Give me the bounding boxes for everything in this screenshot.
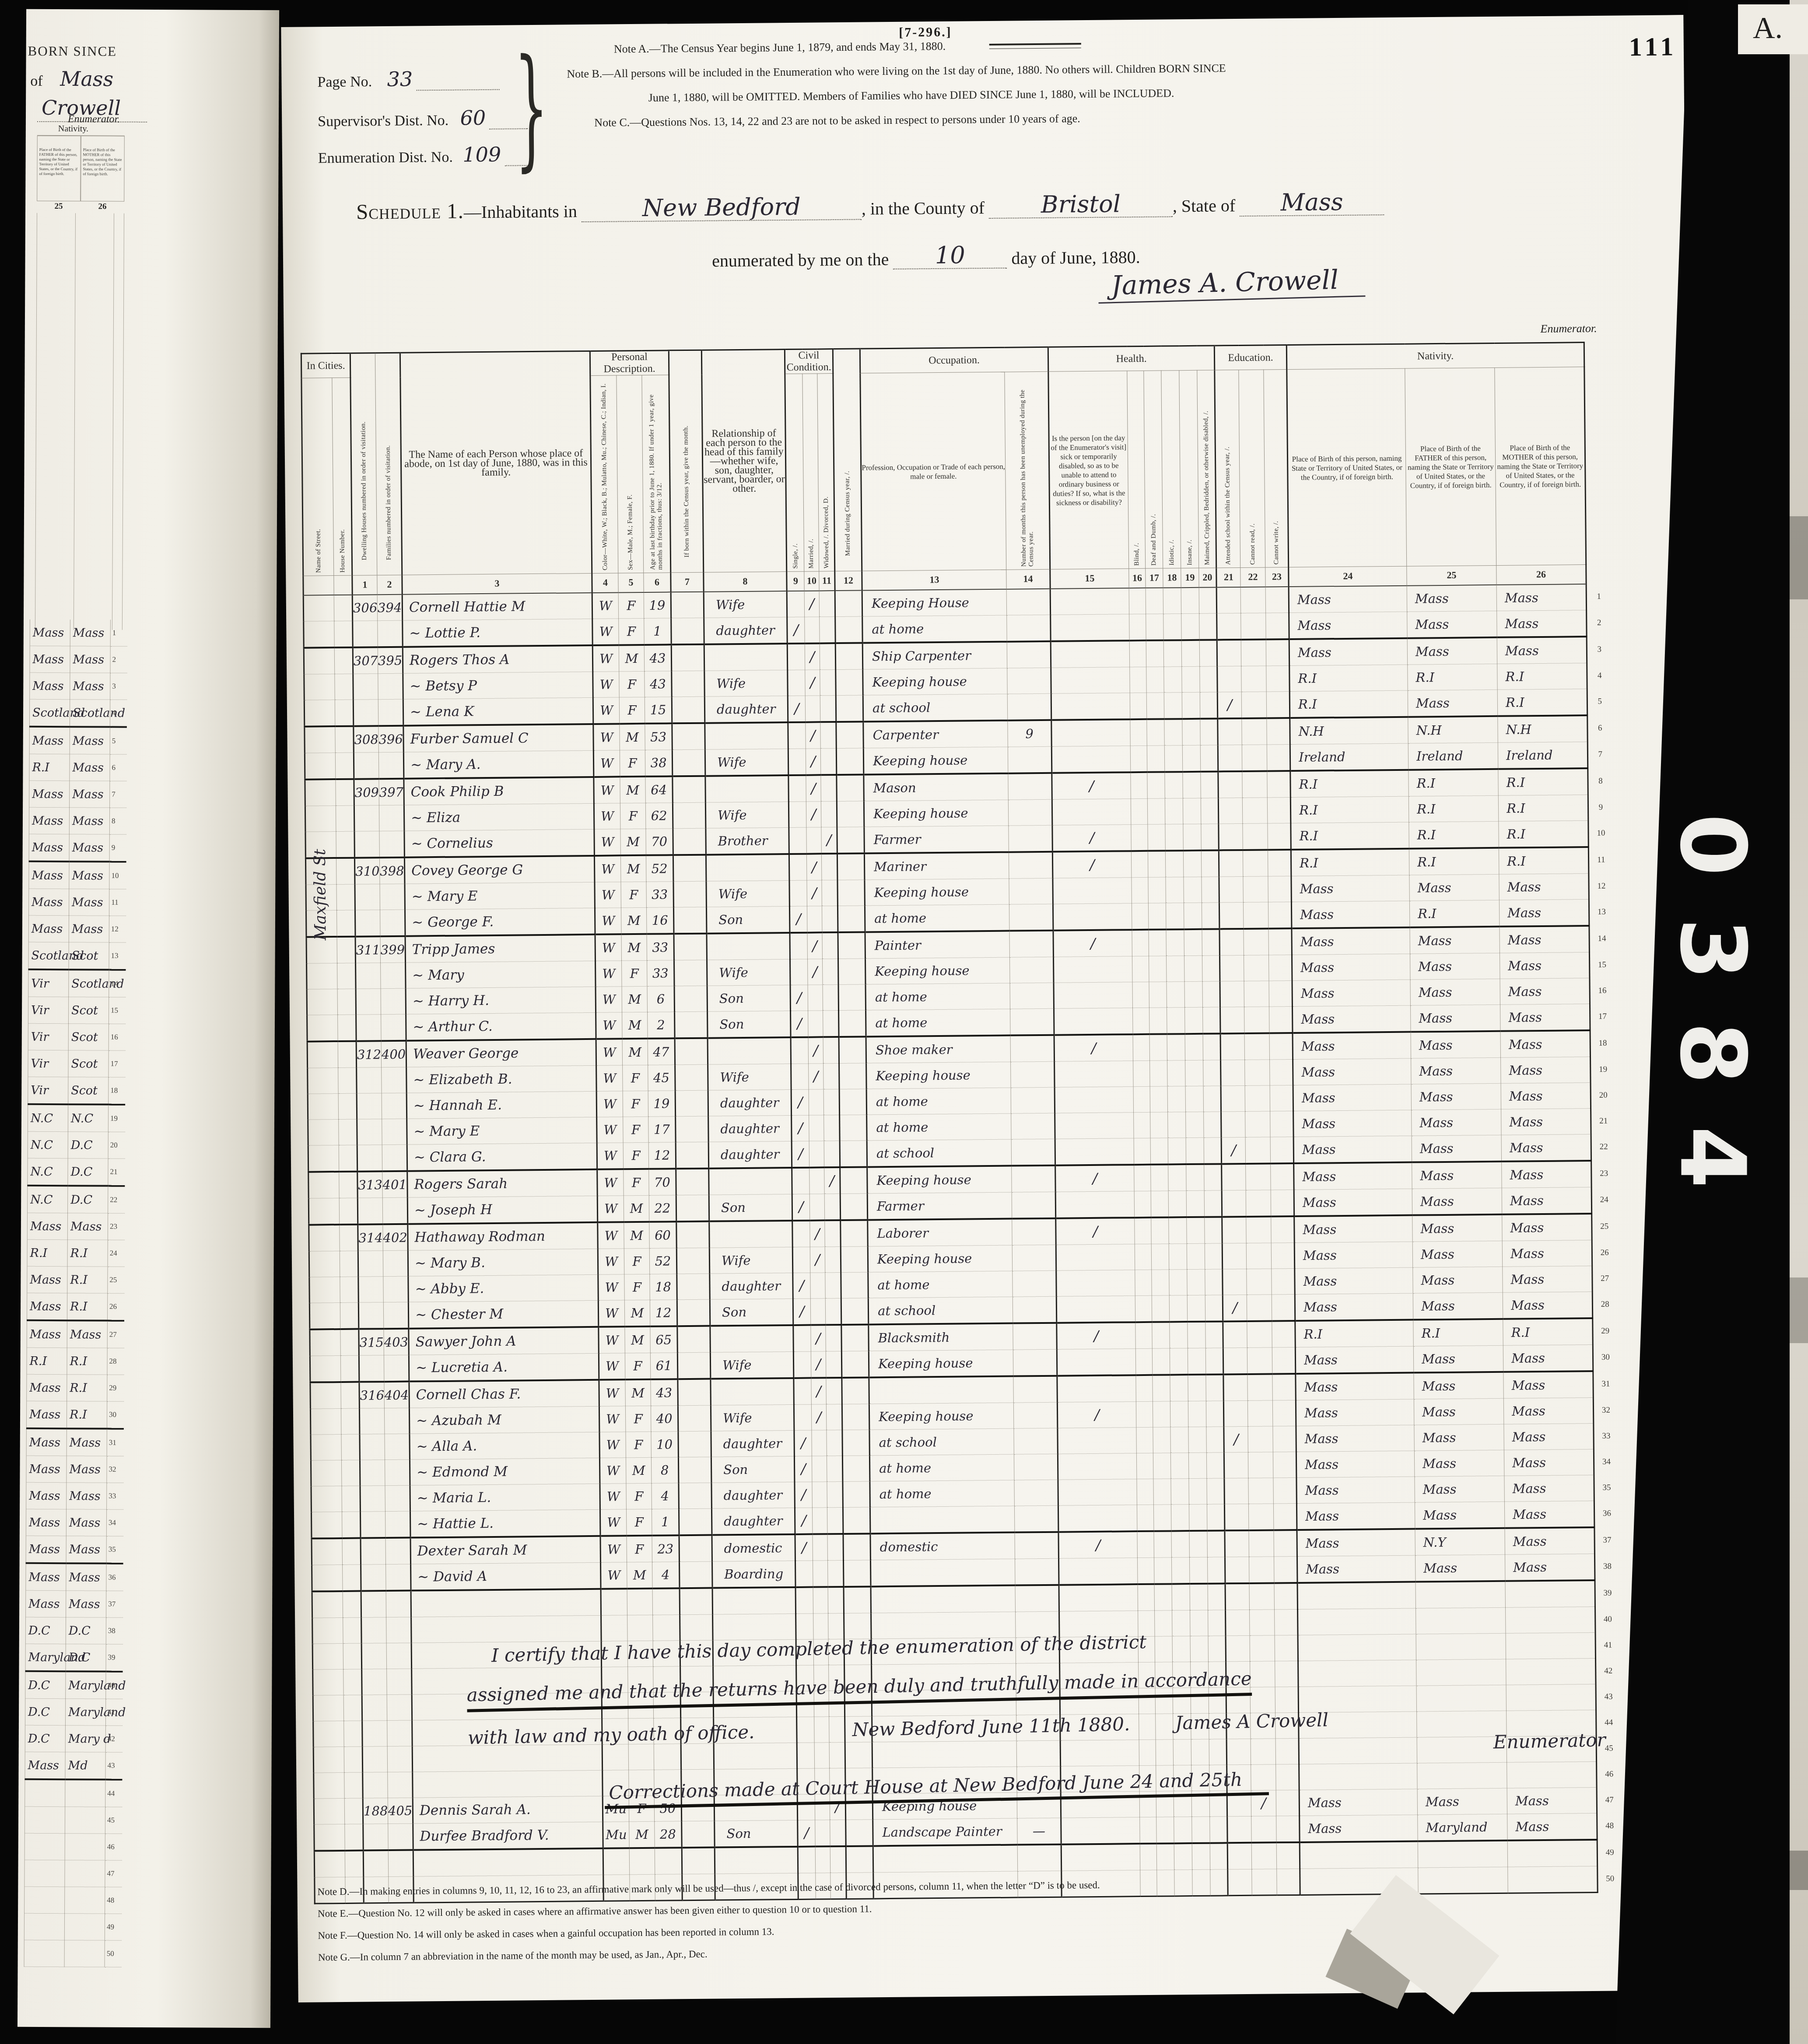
house-number-cell (344, 1798, 363, 1824)
idiotic-mark (1167, 981, 1185, 1007)
married-mark: / (811, 1378, 827, 1404)
relationship-value: daughter (704, 696, 788, 723)
attended-school-mark (1223, 1347, 1247, 1374)
blind-mark (1136, 1401, 1153, 1427)
left-page-row: Mass Mass 10 (29, 861, 126, 889)
street-cell (311, 1434, 342, 1460)
page-edge-strip (1790, 0, 1808, 2044)
left-page-row: Mass Mass 5 (29, 727, 126, 754)
blind-mark (1137, 1531, 1154, 1557)
idiotic-mark (1163, 588, 1181, 614)
left-page-row: 45 (25, 1806, 122, 1834)
left-page-nativity-label: Nativity. (58, 124, 88, 134)
color-value: W (593, 671, 620, 697)
sex-value: F (619, 618, 645, 645)
months-unemployed-value (1009, 878, 1053, 904)
row-number: 20 (108, 1132, 125, 1158)
widowed-mark: / (821, 827, 837, 854)
age-value: 22 (649, 1195, 676, 1221)
birthplace-value: Mass (1297, 1529, 1416, 1556)
maimed-mark (1204, 1190, 1222, 1217)
sex-value: F (620, 750, 645, 777)
father-birthplace-value: Mass (1411, 1004, 1501, 1032)
house-number-cell (342, 1486, 361, 1512)
house-number-cell (336, 884, 355, 910)
street-cell (310, 1408, 341, 1435)
father-birthplace-value (24, 1940, 64, 1967)
dwelling-number (354, 805, 379, 831)
maimed-mark (1199, 587, 1217, 613)
row-number: 26 (1592, 1240, 1617, 1266)
sex-value: F (626, 1431, 652, 1458)
cannot-write-mark (1265, 587, 1289, 613)
cannot-read-mark (1248, 1503, 1274, 1530)
blind-mark (1132, 929, 1149, 956)
street-cell (314, 1850, 345, 1877)
family-number (383, 1250, 408, 1276)
age-value: 2 (648, 1011, 675, 1038)
occupation-value: at school (868, 1297, 1013, 1324)
blind-mark (1131, 850, 1148, 877)
person-name: ~ Mary A. (403, 750, 594, 778)
blind-mark (1133, 1060, 1150, 1086)
mother-birthplace-value: Mass (1501, 1057, 1591, 1083)
widowed-mark (823, 1089, 840, 1115)
row-number: 49 (1597, 1839, 1622, 1866)
cannot-read-mark (1244, 1033, 1270, 1060)
months-unemployed-value: 9 (1008, 720, 1052, 746)
mother-birthplace-value: Mass (66, 1563, 106, 1591)
schedule-title: Schedule 1.—Inhabitants in New Bedford, … (356, 187, 1651, 224)
attended-school-mark (1224, 1452, 1248, 1478)
married-in-year-mark (835, 616, 863, 643)
house-number-cell (343, 1669, 362, 1695)
attended-school-mark (1222, 1243, 1247, 1269)
reel-digit: 0 (1660, 798, 1764, 892)
row-number: 43 (105, 1752, 122, 1780)
row-number: 7 (110, 781, 126, 808)
occupation-value: at home (865, 983, 1010, 1010)
maimed-mark (1199, 613, 1217, 640)
father-birthplace-value: Mass (1412, 1188, 1502, 1215)
county-label: , in the County of (862, 198, 985, 218)
married-mark (809, 1089, 824, 1115)
blind-mark (1136, 1427, 1153, 1453)
left-page-row: Vir Scot 17 (28, 1050, 125, 1077)
cannot-read-mark (1244, 955, 1269, 980)
relationship-value (708, 1037, 791, 1064)
father-birthplace-value: Vir (28, 1023, 68, 1050)
attended-school-mark (1221, 1085, 1245, 1111)
left-page-row: 50 (24, 1940, 121, 1967)
father-birthplace-value: Mass (1411, 1057, 1501, 1084)
family-number: 403 (384, 1328, 409, 1355)
months-unemployed-value (1017, 1844, 1062, 1871)
widowed-mark (823, 1010, 839, 1037)
left-page-row: Mass Mass 11 (29, 889, 126, 916)
relationship-value (709, 1220, 793, 1247)
left-page-column-headers: Place of Birth of the FATHER of this per… (37, 135, 125, 202)
street-cell (308, 1198, 340, 1225)
mother-birthplace-value: Mass (1504, 1423, 1594, 1450)
widowed-mark (824, 1193, 841, 1220)
mother-birthplace-value: R.I (1503, 1318, 1593, 1345)
married-in-year-mark (843, 1507, 870, 1533)
married-in-year-mark (838, 932, 865, 959)
married-mark (805, 616, 820, 643)
street-cell (307, 963, 338, 989)
months-unemployed-value (1009, 851, 1053, 878)
father-birthplace-value: Mass (1412, 1241, 1503, 1267)
insane-mark (1189, 1504, 1207, 1531)
attended-school-mark (1218, 771, 1243, 798)
attended-school-mark (1220, 1033, 1245, 1060)
maimed-mark (1203, 1060, 1221, 1085)
house-number-cell (335, 752, 354, 779)
occupation-value: at home (866, 1088, 1011, 1115)
color-value: W (596, 1091, 623, 1117)
father-birthplace-value: Mass (27, 1213, 67, 1239)
father-birthplace-value: Mass (1412, 1135, 1502, 1162)
house-number-cell (343, 1643, 362, 1669)
sickness-mark (1056, 1244, 1135, 1270)
cannot-write-mark (1267, 771, 1291, 798)
mother-birthplace-value: Mass (1497, 610, 1587, 637)
widowed-mark (826, 1325, 842, 1351)
widowed-mark (822, 880, 838, 906)
widowed-mark (827, 1507, 843, 1534)
months-unemployed-value (1013, 1349, 1057, 1376)
row-number: 35 (106, 1536, 123, 1564)
street-cell (310, 1329, 341, 1356)
attended-school-mark (1216, 587, 1241, 613)
birthplace-value: Mass (1293, 1110, 1412, 1137)
cannot-write-mark (1266, 612, 1289, 639)
person-name: ~ David A (411, 1562, 601, 1590)
deaf-mark (1153, 1401, 1170, 1427)
sex-value: M (620, 723, 645, 750)
family-number (385, 1511, 410, 1538)
sex-value: M (622, 986, 648, 1012)
age-value: 17 (648, 1116, 676, 1142)
sickness-mark (1053, 877, 1132, 904)
idiotic-mark (1171, 1557, 1190, 1584)
idiotic-mark (1170, 1348, 1188, 1375)
born-month-value (673, 854, 706, 881)
cannot-write-mark (1273, 1452, 1296, 1477)
mother-birthplace-value: Mass (1501, 1082, 1591, 1109)
attended-school-mark (1218, 798, 1243, 823)
occupation-value: Farmer (867, 1192, 1012, 1220)
married-mark (813, 1534, 828, 1561)
reel-digit: 3 (1660, 902, 1764, 996)
mother-birthplace-value: R.I (1497, 689, 1587, 716)
born-month-value (676, 1221, 710, 1248)
widowed-mark (823, 1063, 840, 1089)
col-color-header: Color—White, W.; Black, B.; Mulatto, Mu.… (590, 375, 618, 574)
occupation-value: Keeping house (865, 957, 1010, 984)
maimed-mark (1200, 745, 1218, 771)
house-number-cell (339, 1198, 358, 1225)
family-number (382, 1067, 407, 1093)
relationship-value: daughter (711, 1430, 795, 1457)
relationship-value: daughter (711, 1508, 795, 1535)
birthplace-value: Mass (1295, 1346, 1414, 1374)
father-birthplace-value: Scotland (29, 699, 70, 727)
row-number: 3 (110, 673, 127, 700)
cannot-read-mark (1244, 1006, 1270, 1033)
insane-mark (1192, 1843, 1210, 1869)
married-in-year-mark (840, 1167, 868, 1193)
occupation-value: at home (867, 1113, 1012, 1141)
col-mother-birthplace-header: Place of Birth of the MOTHER of this per… (1495, 367, 1586, 566)
left-page-row: Vir Scot 16 (28, 1023, 125, 1050)
left-page-row: Mass Mass 12 (28, 915, 126, 942)
family-number (378, 699, 403, 726)
married-mark (807, 906, 822, 932)
group-education: Education. (1214, 345, 1286, 370)
maimed-mark (1204, 1137, 1222, 1164)
father-birthplace-value: R.I (27, 1239, 67, 1266)
street-cell (312, 1564, 343, 1591)
sex-value: M (621, 907, 647, 934)
color-value: W (596, 1039, 623, 1065)
months-unemployed-value (1007, 641, 1051, 668)
house-number-cell (335, 700, 354, 726)
relationship-value: Son (706, 906, 790, 933)
mother-birthplace-value: Mass (1502, 1240, 1592, 1267)
single-mark (796, 1613, 814, 1639)
months-unemployed-value (1013, 1375, 1058, 1402)
house-number-cell (335, 674, 354, 700)
mother-birthplace-value: Mass (1499, 873, 1589, 900)
blind-mark (1137, 1557, 1154, 1584)
single-mark: / (788, 696, 806, 722)
married-mark: / (808, 1037, 823, 1064)
blind-mark (1129, 640, 1146, 667)
married-in-year-mark (846, 1846, 873, 1872)
occupation-value: Shoe maker (866, 1035, 1011, 1063)
dwelling-number (356, 962, 381, 988)
left-page-row: R.I Mass 6 (29, 754, 126, 781)
father-birthplace-value: Mass (26, 1401, 67, 1428)
left-page-row: Vir Scot 18 (28, 1077, 125, 1104)
months-unemployed-value (1009, 825, 1053, 852)
row-number: 18 (109, 1077, 125, 1105)
color-value: W (593, 697, 620, 724)
house-number-cell (338, 1015, 357, 1041)
sickness-mark (1057, 1348, 1136, 1375)
mother-birthplace-value: R.I (1499, 820, 1589, 847)
color-value: W (592, 645, 619, 672)
age-value: 62 (645, 802, 673, 829)
enumerated-line: enumerated by me on the 10 day of June, … (712, 241, 1140, 271)
born-month-value (673, 881, 707, 907)
street-cell (311, 1512, 342, 1538)
birthplace-value: R.I (1291, 848, 1409, 876)
father-birthplace-value: R.I (1409, 900, 1500, 927)
age-value: 4 (652, 1561, 680, 1588)
born-month-value (673, 907, 707, 934)
birthplace-value: Mass (1297, 1555, 1416, 1583)
person-name: ~ Arthur C. (406, 1012, 596, 1040)
deaf-mark (1151, 1217, 1169, 1244)
sickness-mark (1055, 1086, 1134, 1113)
relationship-value: daughter (708, 1089, 792, 1116)
occupation-value: Keeping house (866, 1062, 1011, 1089)
left-page-row: Mass Mass 36 (26, 1563, 123, 1591)
house-number-cell (341, 1460, 360, 1486)
person-name: Durfee Bradford V. (413, 1822, 603, 1850)
cannot-write-mark (1271, 1163, 1294, 1190)
occupation-value: at home (869, 1454, 1014, 1481)
left-page-row: D.C Mary d 42 (25, 1725, 122, 1752)
occupation-value: at school (867, 1139, 1012, 1167)
sickness-mark (1057, 1375, 1136, 1402)
widowed-mark (822, 906, 838, 932)
mother-birthplace-value (65, 1834, 105, 1860)
family-number: 395 (378, 647, 403, 673)
left-page-row: N.C N.C 19 (28, 1104, 125, 1132)
left-page-row: 44 (25, 1779, 122, 1807)
father-birthplace-value (25, 1886, 65, 1913)
mother-birthplace-value: Mass (66, 1509, 106, 1536)
birthplace-value: Mass (1295, 1293, 1413, 1321)
relationship-value (704, 644, 788, 671)
insane-mark (1182, 718, 1201, 745)
deaf-mark (1147, 719, 1165, 745)
insane-mark (1187, 1269, 1205, 1295)
relationship-value: daughter (708, 1141, 792, 1168)
idiotic-mark (1164, 745, 1183, 772)
dwelling-number (360, 1434, 385, 1459)
cannot-write-mark (1267, 718, 1290, 745)
col-name-header: The Name of each Person whose place of a… (400, 351, 592, 575)
idiotic-mark (1166, 903, 1184, 929)
house-number-cell (340, 1277, 359, 1302)
mother-birthplace-value: Scot (68, 1050, 109, 1077)
row-number-rail-header (1584, 342, 1611, 584)
relationship-value (713, 1613, 796, 1640)
house-number-cell (336, 805, 354, 831)
mother-birthplace-value: Mass (66, 1536, 106, 1564)
cannot-read-mark (1241, 691, 1267, 718)
sickness-mark (1056, 1270, 1135, 1296)
father-birthplace-value (1418, 1840, 1508, 1867)
months-unemployed-value (1013, 1323, 1057, 1349)
blind-mark (1135, 1295, 1152, 1322)
father-birthplace-value: N.C (28, 1186, 68, 1213)
father-birthplace-value: Mass (26, 1456, 67, 1482)
sex-value: M (622, 1038, 648, 1065)
row-number: 12 (1589, 873, 1614, 899)
sex-value: M (619, 644, 645, 671)
father-birthplace-value: Mass (1412, 1161, 1502, 1188)
deaf-mark (1152, 1322, 1170, 1348)
row-number: 38 (106, 1617, 123, 1644)
row-number: 50 (105, 1940, 121, 1967)
mother-birthplace-value: R.I (67, 1240, 108, 1267)
married-mark: / (811, 1351, 826, 1378)
birthplace-value: R.I (1289, 690, 1408, 718)
maimed-mark (1204, 1164, 1222, 1190)
cannot-write-mark (1272, 1400, 1296, 1426)
insane-mark (1183, 771, 1201, 798)
widowed-mark (830, 1820, 846, 1846)
person-name: ~ George F. (405, 908, 595, 936)
left-page-row: Scotland Scot 13 (28, 942, 126, 969)
widowed-mark (820, 616, 836, 643)
father-birthplace-value: R.I (1409, 795, 1499, 822)
col-house-header: House Number. (332, 378, 352, 575)
single-mark (791, 1064, 809, 1089)
age-value: 70 (649, 1169, 676, 1195)
supervisor-dist-value: 60 (460, 106, 486, 130)
house-number-cell (343, 1564, 361, 1591)
birthplace-value: Mass (1294, 1242, 1413, 1268)
insane-mark (1186, 1112, 1204, 1137)
mother-birthplace-value: Mass (67, 1428, 107, 1456)
family-number (385, 1434, 410, 1459)
group-in-cities: In Cities. (301, 353, 350, 378)
house-number-cell (339, 1119, 357, 1145)
idiotic-mark (1167, 1086, 1186, 1112)
relationship-value: Son (710, 1298, 793, 1326)
sex-value (627, 1615, 653, 1641)
left-page-row: Mass Mass 23 (27, 1213, 124, 1240)
widowed-mark (826, 1351, 842, 1378)
idiotic-mark (1167, 1060, 1186, 1086)
deaf-mark (1148, 850, 1166, 877)
row-number: 5 (110, 727, 126, 755)
father-birthplace-value: R.I (1409, 821, 1499, 848)
row-number: 24 (1591, 1187, 1616, 1214)
color-value: W (600, 1509, 627, 1536)
col-maimed-header: Maimed, Crippled, Bedridden, or otherwis… (1197, 370, 1216, 568)
attended-school-mark (1224, 1478, 1249, 1504)
house-number-cell (338, 1093, 357, 1119)
cannot-write-mark (1276, 1816, 1300, 1842)
father-birthplace-value: Mass (1417, 1788, 1507, 1815)
house-number-cell (336, 910, 355, 937)
color-value (603, 1848, 630, 1875)
idiotic-mark (1171, 1504, 1189, 1531)
deaf-mark (1148, 877, 1166, 903)
house-number-cell (339, 1171, 358, 1198)
relationship-value: Wife (709, 1247, 793, 1274)
row-number: 45 (105, 1807, 122, 1834)
col-born-month-header: If born within the Census year, give the… (669, 350, 703, 573)
married-in-year-mark (840, 1140, 867, 1167)
cannot-write-mark (1269, 1032, 1293, 1059)
attended-school-mark: / (1217, 692, 1242, 718)
family-number (385, 1537, 411, 1564)
inhabitants-label: —Inhabitants in (464, 201, 577, 222)
person-name: ~ Abby E. (408, 1274, 598, 1302)
mother-birthplace-value: R.I (67, 1293, 107, 1321)
person-name (411, 1589, 601, 1617)
born-month-value (677, 1352, 711, 1379)
father-birthplace-value: Mass (1415, 1476, 1505, 1502)
birthplace-value: Mass (1289, 638, 1408, 665)
sickness-mark (1054, 956, 1133, 983)
dwelling-number (357, 1093, 382, 1119)
row-number: 49 (105, 1914, 121, 1940)
left-page-row: Mass Mass 8 (29, 807, 126, 834)
mother-birthplace-value: R.I (1498, 794, 1588, 821)
cannot-write-mark (1273, 1426, 1296, 1452)
widowed-mark (821, 854, 837, 880)
